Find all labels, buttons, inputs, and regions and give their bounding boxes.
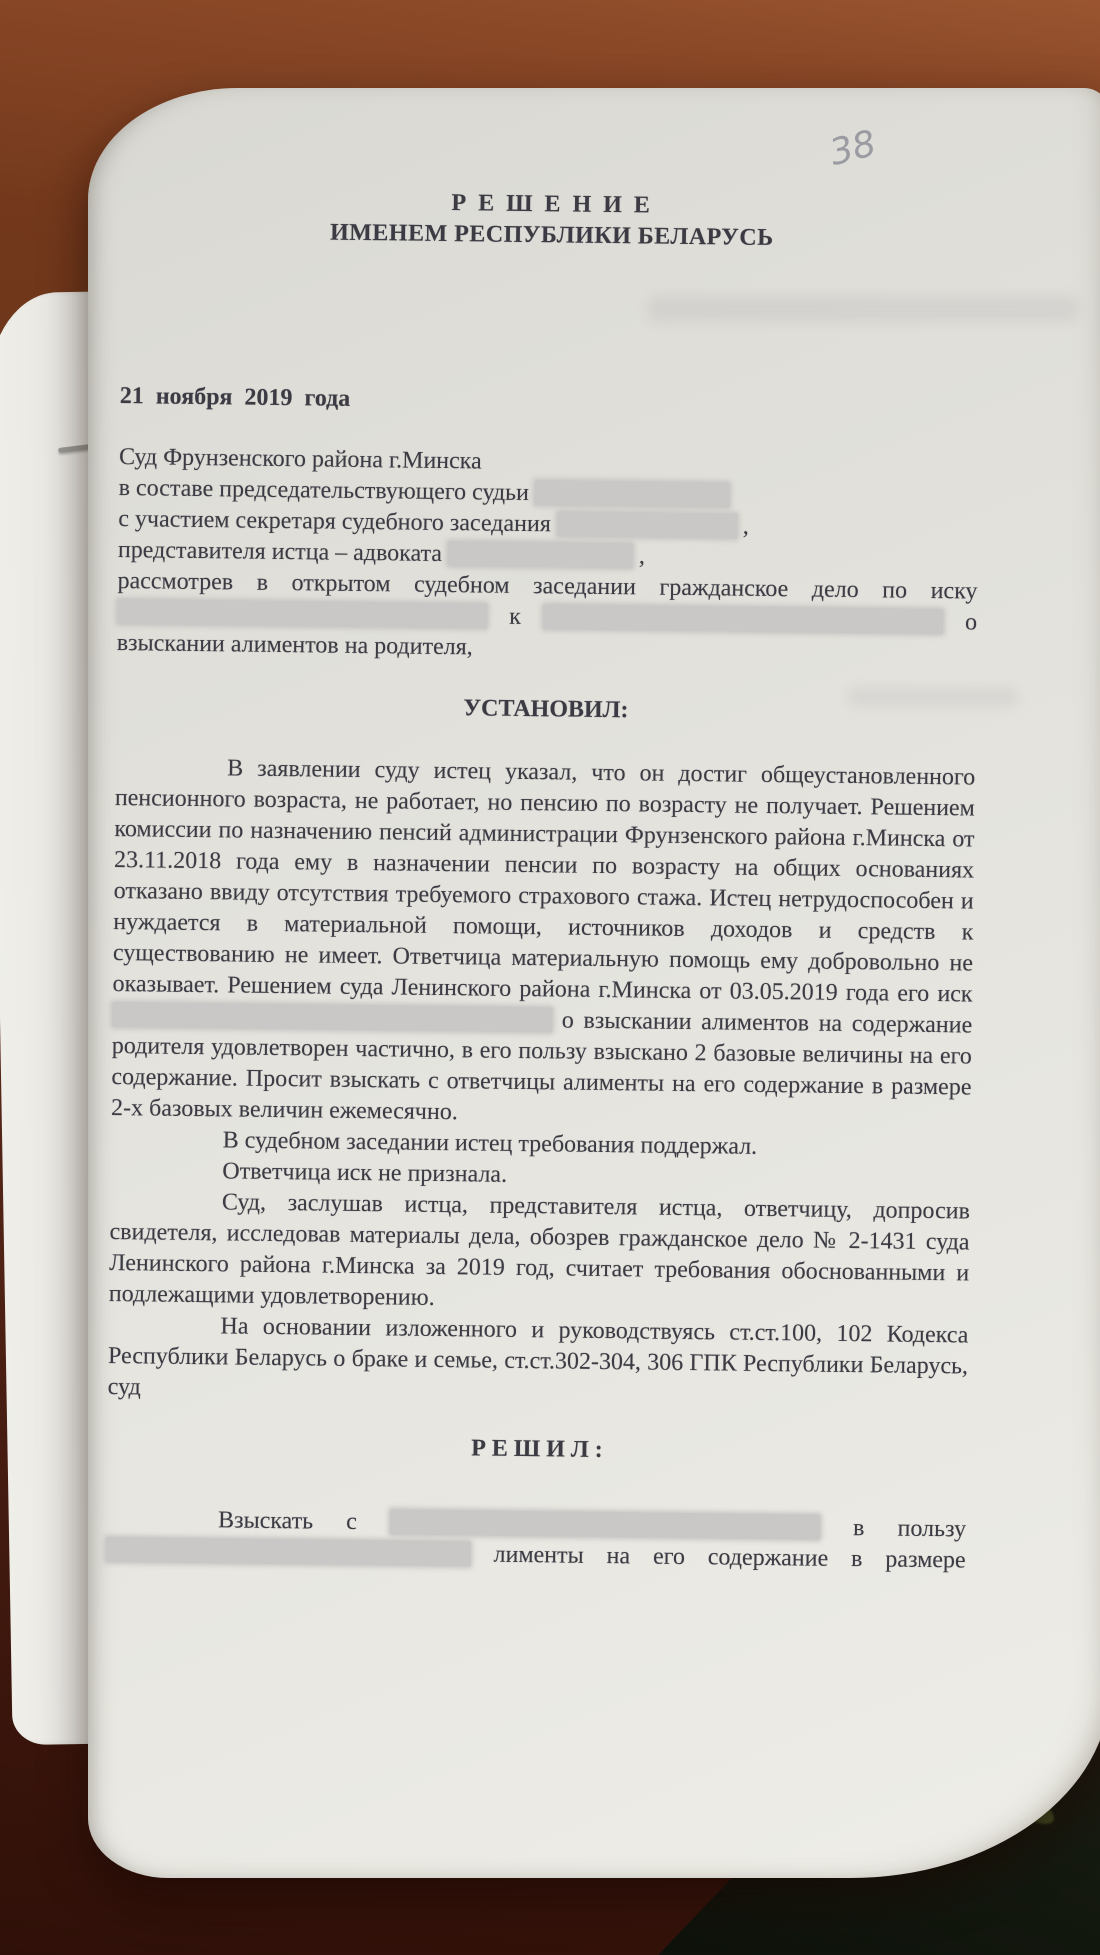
document-paragraph: На основании изложенного и руководствуяс… — [108, 1310, 969, 1413]
text-segment: взыскании алиментов на родителя, — [117, 630, 473, 660]
text-segment: , — [639, 543, 645, 569]
document-paragraph: Суд, заслушав истца, представителя истца… — [109, 1186, 970, 1320]
ruling-block: Взыскать с в пользу лименты на его содер… — [106, 1504, 967, 1577]
text-segment: в составе председательствующего судьи — [119, 475, 530, 506]
court-composition-block: Суд Фрунзенского района г.Минска в соста… — [117, 442, 980, 669]
redaction-block — [535, 480, 730, 507]
redaction-block — [557, 511, 737, 538]
document-paragraph: В заявлении суду истец указал, что он до… — [111, 752, 975, 1134]
document-page: 38 Р Е Ш Е Н И Е ИМЕНЕМ РЕСПУБЛИКИ БЕЛАР… — [88, 88, 1100, 1878]
text-segment: к — [509, 604, 521, 630]
text-segment: лименты на его содержание в размере — [493, 1542, 965, 1574]
text-segment: о — [965, 609, 977, 635]
text-segment: с участием секретаря судебного заседания — [118, 506, 551, 537]
heading-decided: Р Е Ш И Л : — [107, 1429, 967, 1471]
photo-of-court-document: { "photo": { "desk_color_top": "#8a4827"… — [0, 0, 1100, 1955]
text-segment: Суд, заслушав истца, представителя истца… — [109, 1189, 970, 1311]
redaction-block — [112, 1002, 552, 1032]
redaction-block — [448, 541, 633, 568]
text-segment: На основании изложенного и руководствуяс… — [108, 1313, 969, 1400]
text-segment: , — [743, 514, 749, 540]
redaction-block — [106, 1537, 471, 1566]
document-text: Р Е Ш Е Н И Е ИМЕНЕМ РЕСПУБЛИКИ БЕЛАРУСЬ… — [106, 88, 984, 1576]
text-segment: В заявлении суду истец указал, что он до… — [112, 755, 975, 1007]
text-segment: В судебном заседании истец требования по… — [223, 1127, 758, 1160]
redaction-block — [390, 1509, 820, 1539]
redaction-block — [117, 599, 487, 629]
text-segment: в пользу — [853, 1515, 966, 1542]
heading-established: УСТАНОВИЛ: — [116, 689, 976, 731]
text-segment: представителя истца – адвоката — [118, 537, 442, 567]
findings-block: В заявлении суду истец указал, что он до… — [108, 752, 976, 1413]
text-segment: Ответчица иск не признала. — [222, 1158, 507, 1187]
decision-date: 21 ноября 2019 года — [120, 381, 980, 423]
text-segment: Суд Фрунзенского района г.Минска — [119, 444, 482, 474]
redaction-block — [543, 604, 943, 634]
text-segment: Взыскать с — [218, 1507, 357, 1535]
